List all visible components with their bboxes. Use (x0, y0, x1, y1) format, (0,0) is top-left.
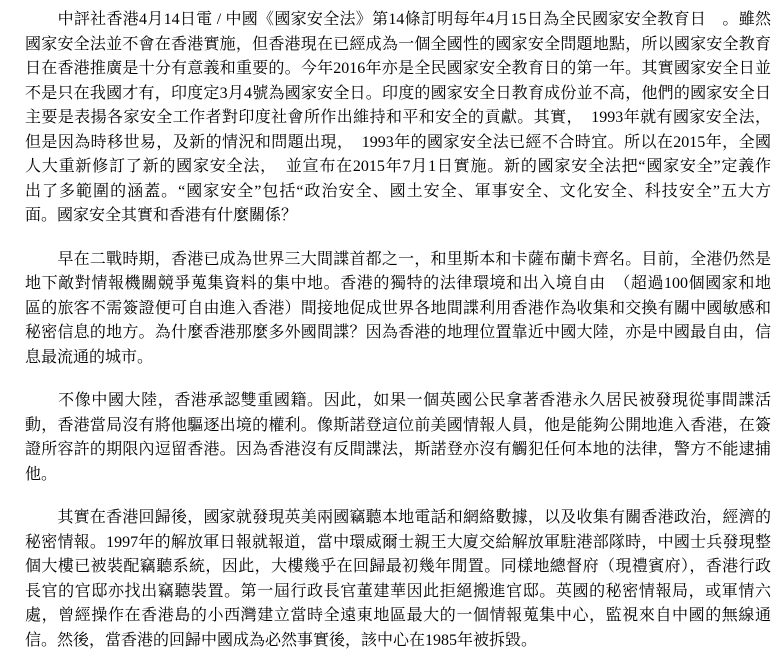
paragraph-4: 其實在香港回歸後，國家就發現英美兩國竊聽本地電話和網絡數據，以及收集有關香港政治… (25, 506, 771, 653)
text-line: 日在香港推廣是十分有意義和重要的。今年2016年亦是全民國家安全教育日的第一年。… (25, 57, 771, 82)
text-line: 出了多範圍的涵蓋。“國家安全”包括“政治安全、國土安全、軍事安全、文化安全、科技… (25, 180, 771, 205)
text-line: 人大重新修訂了新的國家安全法， 並宣布在2015年7月1日實施。新的國家安全法把… (25, 155, 771, 180)
text-line: 其實在香港回歸後，國家就發現英美兩國竊聽本地電話和網絡數據，以及收集有關香港政治… (25, 506, 771, 531)
text-line: 信。然後，當香港的回歸中國成為必然事實後，該中心在1985年被拆毀。 (25, 629, 771, 654)
text-line: 秘密信息的地方。為什麼香港那麼多外國間諜？因為香港的地理位置靠近中國大陸，亦是中… (25, 321, 771, 346)
text-line: 證所容許的期限內逗留香港。因為香港沒有反間諜法，斯諾登亦沒有觸犯任何本地的法律，… (25, 438, 771, 463)
text-line: 長官的官邸亦找出竊聽裝置。第一屆行政長官董建華因此拒絕搬進官邸。英國的秘密情報局… (25, 580, 771, 605)
text-line: 個大樓已被裝配竊聽系統，因此，大樓幾乎在回歸最初幾年閒置。同樣地總督府（現禮賓府… (25, 555, 771, 580)
text-line: 但是因為時移世易，及新的情況和問題出現， 1993年的國家安全法已經不合時宜。所… (25, 131, 771, 156)
text-line: 區的旅客不需簽證便可自由進入香港）間接地促成世界各地間諜利用香港作為收集和交換有… (25, 297, 771, 322)
paragraph-3: 不像中國大陸，香港承認雙重國籍。因此，如果一個英國公民拿著香港永久居民被發現從事… (25, 389, 771, 487)
document-page: 中評社香港4月14日電 / 中國《國家安全法》第14條訂明每年4月15日為全民國… (0, 0, 777, 671)
text-line: 他。 (25, 463, 771, 488)
text-line: 面。國家安全其實和香港有什麼關係？ (25, 204, 771, 229)
text-line: 息最流通的城市。 (25, 346, 771, 371)
text-line: 早在二戰時期，香港已成為世界三大間諜首都之一，和里斯本和卡薩布蘭卡齊名。目前，全… (25, 248, 771, 273)
paragraph-2: 早在二戰時期，香港已成為世界三大間諜首都之一，和里斯本和卡薩布蘭卡齊名。目前，全… (25, 248, 771, 371)
text-line: 動，香港當局沒有將他驅逐出境的權利。像斯諾登這位前美國情報人員，他是能夠公開地進… (25, 414, 771, 439)
paragraph-1: 中評社香港4月14日電 / 中國《國家安全法》第14條訂明每年4月15日為全民國… (25, 8, 771, 229)
text-line: 不像中國大陸，香港承認雙重國籍。因此，如果一個英國公民拿著香港永久居民被發現從事… (25, 389, 771, 414)
text-line: 地下敵對情報機關競爭蒐集資料的集中地。香港的獨特的法律環境和出入境自由 （超過1… (25, 272, 771, 297)
text-line: 國家安全法並不會在香港實施，但香港現在已經成為一個全國性的國家安全問題地點，所以… (25, 33, 771, 58)
text-line: 處，曾經操作在香港島的小西灣建立當時全遠東地區最大的一個情報蒐集中心，監視來自中… (25, 604, 771, 629)
text-line: 中評社香港4月14日電 / 中國《國家安全法》第14條訂明每年4月15日為全民國… (25, 8, 771, 33)
text-line: 不是只在我國才有，印度定3月4號為國家安全日。印度的國家安全日教育成份並不高，他… (25, 82, 771, 107)
text-line: 主要是表揚各家安全工作者對印度社會所作出維持和平和安全的貢獻。其實， 1993年… (25, 106, 771, 131)
text-line: 秘密情報。1997年的解放軍日報就報道，當中環威爾士親王大廈交給解放軍駐港部隊時… (25, 531, 771, 556)
